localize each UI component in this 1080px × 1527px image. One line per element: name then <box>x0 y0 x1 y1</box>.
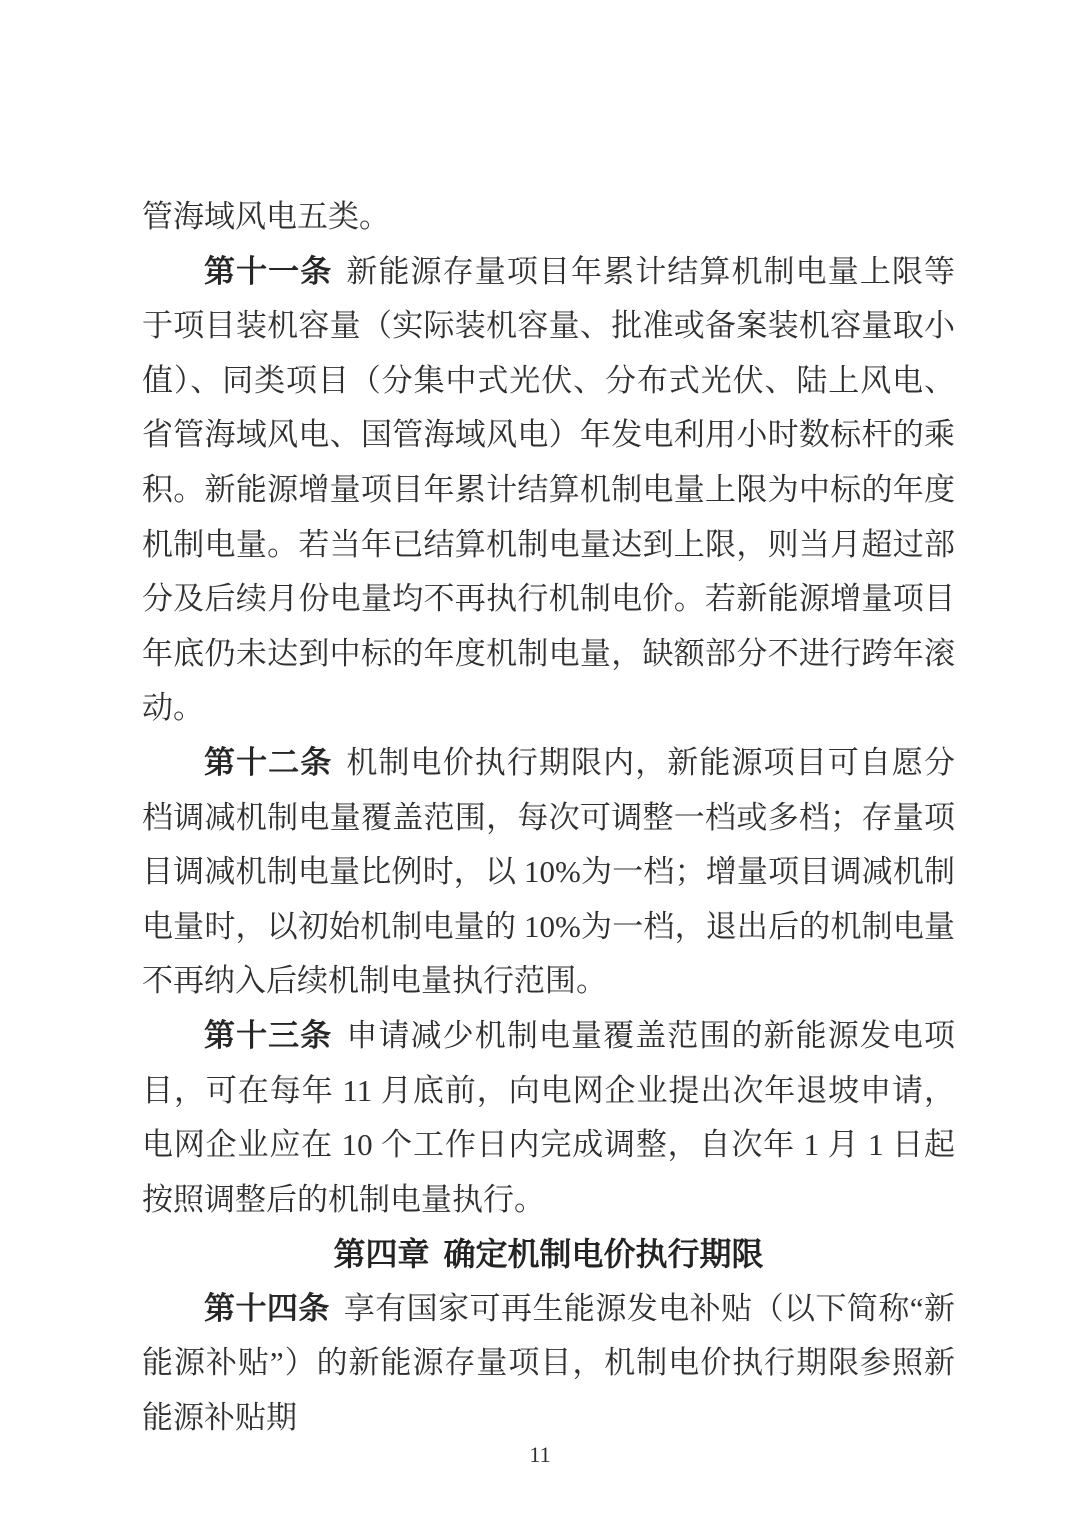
article-14: 第十四条享有国家可再生能源发电补贴（以下简称“新能源补贴”）的新能源存量项目，机… <box>142 1282 955 1446</box>
article-11-number: 第十一条 <box>204 254 332 289</box>
chapter-4-number: 第四章 <box>333 1236 429 1272</box>
article-12: 第十二条机制电价执行期限内，新能源项目可自愿分档调减机制电量覆盖范围，每次可调整… <box>142 736 955 1009</box>
article-13: 第十三条申请减少机制电量覆盖范围的新能源发电项目，可在每年 11 月底前，向电网… <box>142 1009 955 1227</box>
article-13-number: 第十三条 <box>204 1018 332 1053</box>
paragraph-continuation: 管海域风电五类。 <box>142 190 955 245</box>
article-12-text: 机制电价执行期限内，新能源项目可自愿分档调减机制电量覆盖范围，每次可调整一档或多… <box>142 745 955 998</box>
document-body: 管海域风电五类。 第十一条新能源存量项目年累计结算机制电量上限等于项目装机容量（… <box>142 190 955 1446</box>
article-11: 第十一条新能源存量项目年累计结算机制电量上限等于项目装机容量（实际装机容量、批准… <box>142 245 955 736</box>
document-page: 管海域风电五类。 第十一条新能源存量项目年累计结算机制电量上限等于项目装机容量（… <box>0 0 1080 1527</box>
chapter-4-title: 确定机制电价执行期限 <box>444 1236 764 1272</box>
page-number: 11 <box>0 1442 1080 1468</box>
article-14-number: 第十四条 <box>204 1291 330 1326</box>
article-11-text: 新能源存量项目年累计结算机制电量上限等于项目装机容量（实际装机容量、批准或备案装… <box>142 254 955 726</box>
article-12-number: 第十二条 <box>204 745 332 780</box>
chapter-4-heading: 第四章确定机制电价执行期限 <box>142 1227 955 1282</box>
